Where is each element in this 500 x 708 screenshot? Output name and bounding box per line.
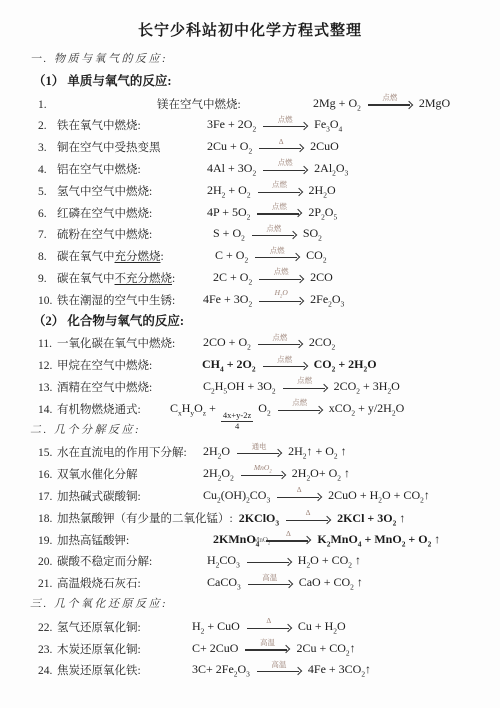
row-number: 5. <box>38 182 57 204</box>
subscript: x <box>178 408 182 417</box>
reaction-row: 24.焦炭还原氧化铁:3C+ 2Fe2O3 高温 4Fe + 3CO2↑ <box>0 659 500 681</box>
reaction-label: 铁在氧气中燃烧: <box>57 120 141 132</box>
subscript: 3 <box>236 561 240 570</box>
row-number: 10. <box>38 291 57 313</box>
reaction-row: 2.铁在氧气中燃烧:3Fe + 2O2 点燃 Fe3O4 <box>0 114 500 136</box>
row-number: 1. <box>38 95 57 117</box>
row-number: 6. <box>38 204 57 226</box>
reaction-arrow: 高温 <box>257 661 301 676</box>
subscript: 2 <box>334 452 338 461</box>
reaction-label: 氢气中空气中燃烧: <box>57 186 152 198</box>
reaction-row: 20.碳酸不稳定而分解:H2CO3 H2O + CO2 ↑ <box>0 550 500 572</box>
reaction-label: 加热碱式碳酸铜: <box>57 491 141 503</box>
reaction-arrow: 点燃 <box>258 334 302 349</box>
arrow-shaft <box>241 475 283 476</box>
reaction-arrow <box>247 552 291 567</box>
arrow-condition-label: 高温 <box>248 574 292 582</box>
reaction-label: 碳在氧气中不充分燃烧: <box>57 273 175 285</box>
subscript: 2 <box>323 190 327 199</box>
reaction-equation: CH4 + 2O2 点燃 CO2 + 2H2O <box>202 354 377 376</box>
reaction-label: 硫粉在空气中燃烧: <box>57 229 152 241</box>
reaction-equation: 4P + 5O2 点燃 2P2O5 <box>207 202 337 224</box>
subscript: 2 <box>318 234 322 243</box>
row-number: 7. <box>38 225 57 247</box>
subscript: 2 <box>247 212 251 221</box>
reaction-row: 21.高温煅烧石灰石:CaCO3 高温 CaO + CO2 ↑ <box>0 572 500 594</box>
reaction-equation: 2Mg + O2 点燃 2MgO <box>313 93 450 115</box>
subscript: 2 <box>201 626 205 635</box>
subscript: 2 <box>230 474 234 483</box>
reaction-arrow: Δ <box>259 138 303 153</box>
row-number: 18. <box>38 509 57 531</box>
subscript: 2 <box>234 670 238 679</box>
subscript: 2 <box>387 386 391 395</box>
subscript: 2 <box>392 408 396 417</box>
subscript: 2 <box>327 539 331 548</box>
subscript: 3 <box>237 583 241 592</box>
reaction-equation: 2H2 + O2 点燃 2H2O <box>207 180 336 202</box>
reaction-equation: 4Al + 3O2 点燃 2Al2O3 <box>207 158 348 180</box>
reaction-row: 19.加热高锰酸钾:2KMnO4 Δ K2MnO4 + MnO2 + O2 ↑ <box>0 529 500 551</box>
arrow-shaft <box>247 562 289 563</box>
row-number: 23. <box>38 640 57 662</box>
reaction-label: 铜在空气中受热变黑 <box>57 142 161 154</box>
subscript: 2 <box>337 474 341 483</box>
arrow-shaft <box>278 410 320 411</box>
reaction-equation: C+ 2CuO 高温 2Cu + CO2↑ <box>192 638 356 660</box>
arrow-condition-label: 点燃 <box>283 377 327 385</box>
reaction-label: 加热高锰酸钾: <box>57 535 129 547</box>
reaction-row: 1.镁在空气中燃烧:2Mg + O2 点燃 2MgO <box>0 93 500 115</box>
subscript: 2 <box>248 299 252 308</box>
reaction-row: 11.一氧化碳在氧气中燃烧:2CO + O2 点燃 2CO2 <box>0 332 500 354</box>
reaction-row: 10.铁在潮湿的空气中生锈:4Fe + 3O2 H2O 2Fe2O3 <box>0 289 500 311</box>
arrow-shaft <box>283 388 325 389</box>
subscript: 4 <box>256 539 260 548</box>
subscript: 2 <box>321 212 325 221</box>
subscript: 2 <box>328 299 332 308</box>
subscript: 2 <box>248 147 252 156</box>
arrow-shaft <box>263 126 305 127</box>
section-heading: 一. 物质与氧气的反应: <box>0 49 500 71</box>
subscript: 5 <box>223 386 227 395</box>
arrow-shaft <box>258 192 300 193</box>
arrow-condition-label: 点燃 <box>368 94 412 102</box>
row-number: 13. <box>38 378 57 400</box>
subscript: 2 <box>357 103 361 112</box>
row-number: 20. <box>38 552 57 574</box>
subscript: 2 <box>269 469 271 474</box>
row-number: 11. <box>38 334 57 356</box>
arrow-condition-label: Δ <box>286 509 330 517</box>
row-number: 17. <box>38 487 57 509</box>
row-number: 12. <box>38 356 57 378</box>
reaction-arrow: 点燃 <box>283 378 327 393</box>
reaction-arrow: Δ <box>266 531 310 546</box>
arrow-condition-label: 高温 <box>257 661 301 669</box>
reaction-arrow: 通电 <box>237 443 281 458</box>
reaction-equation: 2KClO3MnO2 Δ 2KCl + 3O2 ↑ <box>239 511 406 525</box>
reaction-row: 9.碳在氧气中不充分燃烧:2C + O2 点燃 2CO <box>0 267 500 289</box>
reaction-row: 14.有机物燃烧通式:CxHyOz + 4x+y-2z4 O2 点燃 xCO2 … <box>0 398 500 420</box>
row-number: 8. <box>38 247 57 269</box>
arrow-condition-label: H2O <box>259 289 303 298</box>
reaction-row: 5.氢气中空气中燃烧:2H2 + O2 点燃 2H2O <box>0 180 500 202</box>
arrow-shaft <box>255 257 297 258</box>
arrow-condition-label: 点燃 <box>252 225 296 233</box>
subscript: 2 <box>306 474 310 483</box>
arrow-condition-label: 通电 <box>237 443 281 451</box>
arrow-condition-label: 点燃 <box>263 116 307 124</box>
reaction-label: 铝在空气中燃烧: <box>57 164 141 176</box>
subscript: 2 <box>333 626 337 635</box>
reaction-arrow: MnO2 <box>241 465 285 480</box>
arrow-condition-label: Δ <box>259 138 303 146</box>
reaction-label: 高温煅烧石灰石: <box>57 578 141 590</box>
reaction-equation: Cu2(OH)2CO3 Δ 2CuO + H2O + CO2↑ <box>203 485 430 507</box>
subscript: 2 <box>332 168 336 177</box>
reaction-row: 3.铜在空气中受热变黑2Cu + O2 Δ 2CuO <box>0 136 500 158</box>
subscript: 3 <box>246 670 250 679</box>
subscript: 3 <box>266 495 270 504</box>
reaction-arrow: 点燃 <box>263 356 307 371</box>
reaction-label: 碳酸不稳定而分解: <box>57 556 152 568</box>
subscript: 2 <box>402 539 406 548</box>
arrow-condition-label: Δ <box>266 530 310 538</box>
reaction-row: 22.氢气还原氧化铜:H2 + CuO Δ Cu + H2O <box>0 616 500 638</box>
reaction-row: 15.水在直流电的作用下分解:2H2O 通电 2H2↑ + O2 ↑ <box>0 441 500 463</box>
reaction-arrow: Δ <box>286 510 330 525</box>
reaction-arrow: 点燃 <box>252 225 296 240</box>
reaction-label: 红磷在空气中燃烧: <box>57 208 152 220</box>
row-number: 9. <box>38 269 57 291</box>
reaction-label: 铁在潮湿的空气中生锈: <box>57 295 175 307</box>
subscript: 2 <box>306 561 310 570</box>
arrow-shaft <box>245 649 287 650</box>
section-heading: 二. 几个分解反应: <box>0 420 500 442</box>
reaction-arrow: 点燃 <box>259 269 303 284</box>
arrow-shaft <box>252 235 294 236</box>
row-number: 19. <box>38 531 57 553</box>
reaction-label: 镁在空气中燃烧: <box>157 99 241 111</box>
reaction-row: 6.红磷在空气中燃烧:4P + 5O2 点燃 2P2O5 <box>0 202 500 224</box>
subscript: 2 <box>323 256 327 265</box>
reaction-row: 7.硫粉在空气中燃烧:S + O2 点燃 SO2 <box>0 223 500 245</box>
arrow-condition-label: 点燃 <box>255 247 299 255</box>
subscript: 2 <box>378 495 382 504</box>
reaction-arrow: 点燃 <box>263 116 307 131</box>
reaction-equation: C2H5OH + 3O2 点燃 2CO2 + 3H2O <box>203 376 400 398</box>
reaction-equation: 2Cu + O2 Δ 2CuO <box>207 136 339 158</box>
arrow-shaft <box>263 366 305 367</box>
subscript: 2 <box>216 561 220 570</box>
reaction-equation: H2 + CuO Δ Cu + H2O <box>192 616 346 638</box>
reaction-row: 16.双氧水催化分解2H2O2 MnO2 2H2O+ O2 ↑ <box>0 463 500 485</box>
reaction-arrow: H2O <box>259 291 303 306</box>
subscript: 2 <box>272 386 276 395</box>
row-number: 21. <box>38 574 57 596</box>
arrow-condition-label: Δ <box>247 617 291 625</box>
arrow-condition-label: 点燃 <box>263 159 307 167</box>
reaction-arrow: 点燃 <box>263 160 307 175</box>
subscript: 3 <box>345 168 349 177</box>
reaction-label: 一氧化碳在氧气中燃烧: <box>57 338 175 350</box>
reaction-row: 4.铝在空气中燃烧:4Al + 3O2 点燃 2Al2O3 <box>0 158 500 180</box>
subscript: 2 <box>222 190 226 199</box>
row-number: 14. <box>38 400 57 422</box>
subscript: 2 <box>218 452 222 461</box>
subscript: 2 <box>252 168 256 177</box>
underlined-text: 充分燃烧 <box>115 251 161 263</box>
arrow-condition-label: 点燃 <box>259 268 303 276</box>
subscript: 2 <box>361 670 365 679</box>
subscript: 2 <box>356 386 360 395</box>
arrow-condition-label: 点燃 <box>258 181 302 189</box>
reaction-label: 加热氯酸钾（有少量的二氧化锰）: <box>57 513 233 525</box>
subscript: 2 <box>428 539 432 548</box>
equation-list: 一. 物质与氧气的反应:（1） 单质与氧气的反应:1.镁在空气中燃烧:2Mg +… <box>0 49 500 681</box>
reaction-equation: 2H2O2 MnO2 2H2O+ O2 ↑ <box>203 463 350 485</box>
arrow-shaft <box>237 453 279 454</box>
subsection-heading: （2） 化合物与氧气的反应: <box>0 311 500 333</box>
reaction-label: 碳在氧气中充分燃烧: <box>57 251 164 263</box>
subscript: 2 <box>252 365 256 374</box>
subscript: 2 <box>280 295 282 300</box>
subscript: 2 <box>247 190 251 199</box>
subscript: 2 <box>247 343 251 352</box>
reaction-equation: 3Fe + 2O2 点燃 Fe3O4 <box>207 114 342 136</box>
arrow-condition-label: Δ <box>277 486 321 494</box>
subscript: 2 <box>211 386 215 395</box>
subscript: 2 <box>393 518 397 527</box>
subscript: 2 <box>346 648 350 657</box>
reaction-equation: 2CO + O2 点燃 2CO2 <box>203 332 335 354</box>
reaction-arrow: 高温 <box>248 574 292 589</box>
subscript: 3 <box>341 299 345 308</box>
reaction-label: 酒精在空气中燃烧: <box>57 382 152 394</box>
subscript: 2 <box>218 474 222 483</box>
subscript: 2 <box>267 408 271 417</box>
arrow-shaft <box>257 213 299 214</box>
reaction-row: 18.加热氯酸钾（有少量的二氧化锰）:2KClO3MnO2 Δ 2KCl + 3… <box>0 507 500 529</box>
subscript: 2 <box>244 256 248 265</box>
subsection-heading: （1） 单质与氧气的反应: <box>0 71 500 93</box>
subscript: 2 <box>241 234 245 243</box>
subscript: z <box>203 408 206 417</box>
reaction-label: 焦炭还原氧化铁: <box>57 665 141 677</box>
row-number: 2. <box>38 116 57 138</box>
reaction-row: 12.甲烷在空气中燃烧:CH4 + 2O2 点燃 CO2 + 2H2O <box>0 354 500 376</box>
reaction-label: 水在直流电的作用下分解: <box>57 447 187 459</box>
row-number: 22. <box>38 618 57 640</box>
reaction-label: 木炭还原氧化铜: <box>57 644 141 656</box>
arrow-condition-label: 点燃 <box>258 334 302 342</box>
subscript: 2 <box>350 583 354 592</box>
reaction-label: 有机物燃烧通式: <box>57 404 141 416</box>
row-number: 15. <box>38 443 57 465</box>
subscript: 2 <box>332 365 336 374</box>
row-number: 16. <box>38 465 57 487</box>
subscript: 2 <box>303 452 307 461</box>
arrow-condition-label: 高温 <box>245 639 289 647</box>
reaction-equation: H2CO3 H2O + CO2 ↑ <box>207 550 361 572</box>
reaction-arrow: 点燃 <box>255 247 299 262</box>
arrow-shaft <box>257 671 299 672</box>
subscript: 2 <box>420 495 424 504</box>
arrow-condition-label: MnO2 <box>241 464 285 473</box>
reaction-label: 甲烷在空气中燃烧: <box>57 360 152 372</box>
document-page: 长宁少科站初中化学方程式整理 一. 物质与氧气的反应:（1） 单质与氧气的反应:… <box>0 0 500 708</box>
subscript: 4 <box>358 539 362 548</box>
subscript: 2 <box>248 277 252 286</box>
arrow-head <box>284 558 292 566</box>
subscript: 5 <box>333 212 337 221</box>
reaction-equation: 4Fe + 3O2 H2O 2Fe2O3 <box>203 289 344 311</box>
reaction-arrow: 高温 <box>245 640 289 655</box>
row-number: 3. <box>38 138 57 160</box>
reaction-equation: 2H2O 通电 2H2↑ + O2 ↑ <box>203 441 347 463</box>
reaction-arrow: Δ <box>277 487 321 502</box>
reaction-arrow: 点燃 <box>258 182 302 197</box>
reaction-row: 13.酒精在空气中燃烧:C2H5OH + 3O2 点燃 2CO2 + 3H2O <box>0 376 500 398</box>
subscript: 2 <box>351 408 355 417</box>
reaction-row: 23.木炭还原氧化铜:C+ 2CuO 高温 2Cu + CO2↑ <box>0 638 500 660</box>
arrow-condition-label: 点燃 <box>263 356 307 364</box>
reaction-equation: CaCO3 高温 CaO + CO2 ↑ <box>207 572 363 594</box>
subscript: 4 <box>339 125 343 134</box>
arrow-shaft <box>266 540 308 541</box>
subscript: 3 <box>326 125 330 134</box>
subscript: 2 <box>246 495 250 504</box>
reaction-row: 17.加热碱式碳酸铜:Cu2(OH)2CO3 Δ 2CuO + H2O + CO… <box>0 485 500 507</box>
subscript: 2 <box>332 343 336 352</box>
arrow-shaft <box>248 584 290 585</box>
reaction-equation: C + O2 点燃 CO2 <box>215 245 327 267</box>
arrow-condition-label: 点燃 <box>257 203 301 211</box>
arrow-shaft <box>258 344 300 345</box>
reaction-equation: 3C+ 2Fe2O3 高温 4Fe + 3CO2↑ <box>192 659 371 681</box>
underlined-text: 不充分燃烧 <box>115 273 173 285</box>
subscript: 3 <box>275 518 279 527</box>
row-number: 4. <box>38 160 57 182</box>
reaction-equation: 2KMnO4 Δ K2MnO4 + MnO2 + O2 ↑ <box>213 529 440 551</box>
subscript: 2 <box>252 125 256 134</box>
section-heading: 三. 几个氧化还原反应: <box>0 594 500 616</box>
reaction-arrow: 点燃 <box>278 400 322 415</box>
reaction-label: 氢气还原氧化铜: <box>57 622 141 634</box>
reaction-label: 双氧水催化分解 <box>57 469 138 481</box>
reaction-equation: 2C + O2 点燃 2CO <box>213 267 333 289</box>
row-number: 24. <box>38 661 57 683</box>
subscript: 2 <box>364 365 368 374</box>
subscript: y <box>190 408 194 417</box>
reaction-arrow: 点燃 <box>257 204 301 219</box>
reaction-arrow: 点燃 <box>368 95 412 110</box>
arrow-shaft <box>259 148 301 149</box>
subscript: 2 <box>217 495 221 504</box>
reaction-arrow: Δ <box>247 618 291 633</box>
subscript: 2 <box>348 561 352 570</box>
page-title: 长宁少科站初中化学方程式整理 <box>0 0 500 40</box>
reaction-equation: S + O2 点燃 SO2 <box>213 223 322 245</box>
reaction-row: 8.碳在氧气中充分燃烧:C + O2 点燃 CO2 <box>0 245 500 267</box>
arrow-condition-label: 点燃 <box>278 399 322 407</box>
subscript: 4 <box>220 365 224 374</box>
